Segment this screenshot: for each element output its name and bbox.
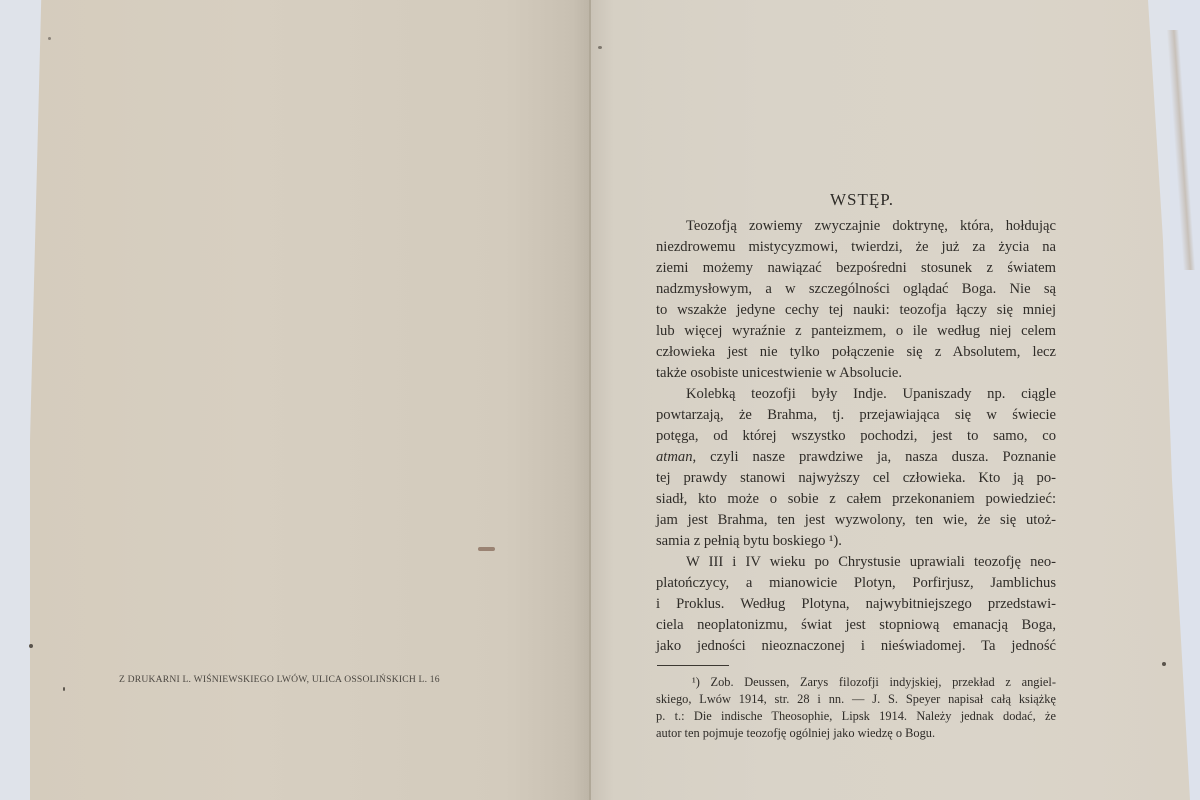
- text-line: ciela neoplatonizmu, świat jest stopniow…: [656, 615, 1056, 636]
- footnote-line: autor ten pojmuje teozofję ogólniej jako…: [656, 725, 1056, 742]
- text-line: Teozofją zowiemy zwyczajnie doktrynę, kt…: [656, 216, 1056, 237]
- text-line-italic-start: atman, czyli nasze prawdziwe ja, nasza d…: [656, 447, 1056, 468]
- printer-imprint: Z DRUKARNI L. WIŚNIEWSKIEGO LWÓW, ULICA …: [119, 674, 440, 685]
- text-line: i Proklus. Według Plotyna, najwybitniejs…: [656, 594, 1056, 615]
- text-line: ziemi możemy nawiązać bezpośredni stosun…: [656, 258, 1056, 279]
- footnote: ¹) Zob. Deussen, Zarys filozofji indyjsk…: [656, 674, 1056, 742]
- paper-speck: [1162, 662, 1166, 666]
- footnote-line: ¹) Zob. Deussen, Zarys filozofji indyjsk…: [656, 674, 1056, 691]
- paragraph-2: Kolebką teozofji były Indje. Upaniszady …: [656, 384, 1056, 552]
- text-line: W III i IV wieku po Chrystusie uprawiali…: [656, 552, 1056, 573]
- paper-speck: [598, 46, 602, 49]
- text-line: niezdrowemu mistycyzmowi, twierdzi, że j…: [656, 237, 1056, 258]
- text-line: platończycy, a mianowicie Plotyn, Porfir…: [656, 573, 1056, 594]
- footnote-line: p. t.: Die indische Theosophie, Lipsk 19…: [656, 708, 1056, 725]
- footnote-divider: [657, 665, 729, 666]
- text-line: tej prawdy stanowi najwyższy cel człowie…: [656, 468, 1056, 489]
- paper-speck: [48, 37, 51, 40]
- text-line: powtarzają, że Brahma, tj. przejawiająca…: [656, 405, 1056, 426]
- italic-term: atman: [656, 449, 692, 465]
- paper-speck: [63, 687, 65, 691]
- text-line: Kolebką teozofji były Indje. Upaniszady …: [656, 384, 1056, 405]
- page-title: WSTĘP.: [662, 190, 1062, 210]
- text-line: to wszakże jedyne cechy tej nauki: teozo…: [656, 300, 1056, 321]
- paper-speck: [29, 644, 33, 648]
- text-line: siadł, kto może o sobie z całem przekona…: [656, 489, 1056, 510]
- text-line: jako jedności nieoznaczonej i nieświadom…: [656, 636, 1056, 657]
- paper-mark: [478, 547, 495, 551]
- text-line: lub więcej wyraźnie z panteizmem, o ile …: [656, 321, 1056, 342]
- paragraph-1: Teozofją zowiemy zwyczajnie doktrynę, kt…: [656, 216, 1056, 384]
- text-line: potęga, od której wszystko pochodzi, jes…: [656, 426, 1056, 447]
- text-line: nadzmysłowym, a w szczególności oglądać …: [656, 279, 1056, 300]
- footnote-line: skiego, Lwów 1914, str. 28 i nn. — J. S.…: [656, 691, 1056, 708]
- text-line: jam jest Brahma, ten jest wyzwolony, ten…: [656, 510, 1056, 531]
- text-line-rest: , czyli nasze prawdziwe ja, nasza dusza.…: [692, 449, 1056, 465]
- book-spine: [589, 0, 591, 800]
- text-line: także osobiste unicestwienie w Absolucie…: [656, 363, 1056, 384]
- main-text: WSTĘP. Teozofją zowiemy zwyczajnie doktr…: [656, 190, 1056, 742]
- text-line: człowieka jest nie tylko połączenie się …: [656, 342, 1056, 363]
- text-line: samia z pełnią bytu boskiego ¹).: [656, 531, 1056, 552]
- paragraph-3: W III i IV wieku po Chrystusie uprawiali…: [656, 552, 1056, 657]
